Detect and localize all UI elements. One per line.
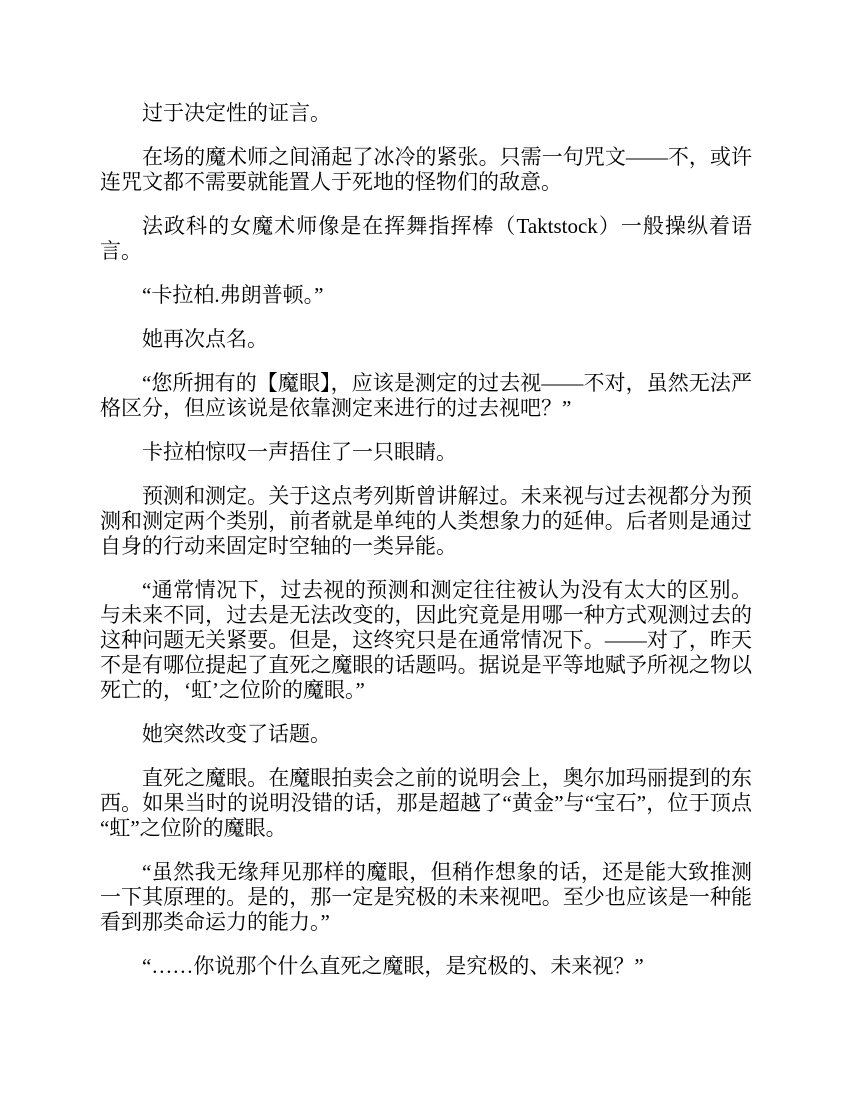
paragraph-13: “……你说那个什么直死之魔眼，是究极的、未来视？” <box>100 954 752 979</box>
paragraph-1: 过于决定性的证言。 <box>100 101 752 126</box>
paragraph-8: 预测和测定。关于这点考列斯曾讲解过。未来视与过去视都分为预测和测定两个类别，前者… <box>100 484 752 559</box>
paragraph-3: 法政科的女魔术师像是在挥舞指挥棒（Taktstock）一般操纵着语言。 <box>100 214 752 264</box>
paragraph-12: “虽然我无缘拜见那样的魔眼，但稍作想象的话，还是能大致推测一下其原理的。是的，那… <box>100 860 752 935</box>
paragraph-9: “通常情况下，过去视的预测和测定往往被认为没有太大的区别。与未来不同，过去是无法… <box>100 578 752 703</box>
paragraph-11: 直死之魔眼。在魔眼拍卖会之前的说明会上，奥尔加玛丽提到的东西。如果当时的说明没错… <box>100 766 752 841</box>
paragraph-7: 卡拉柏惊叹一声捂住了一只眼睛。 <box>100 440 752 465</box>
paragraph-2: 在场的魔术师之间涌起了冰冷的紧张。只需一句咒文——不，或许连咒文都不需要就能置人… <box>100 145 752 195</box>
paragraph-5: 她再次点名。 <box>100 327 752 352</box>
paragraph-6: “您所拥有的【魔眼】，应该是测定的过去视——不对，虽然无法严格区分，但应该说是依… <box>100 371 752 421</box>
paragraph-4: “卡拉柏.弗朗普顿。” <box>100 283 752 308</box>
document-page: 过于决定性的证言。 在场的魔术师之间涌起了冰冷的紧张。只需一句咒文——不，或许连… <box>0 0 850 1100</box>
paragraph-10: 她突然改变了话题。 <box>100 722 752 747</box>
document-body: 过于决定性的证言。 在场的魔术师之间涌起了冰冷的紧张。只需一句咒文——不，或许连… <box>100 101 752 979</box>
